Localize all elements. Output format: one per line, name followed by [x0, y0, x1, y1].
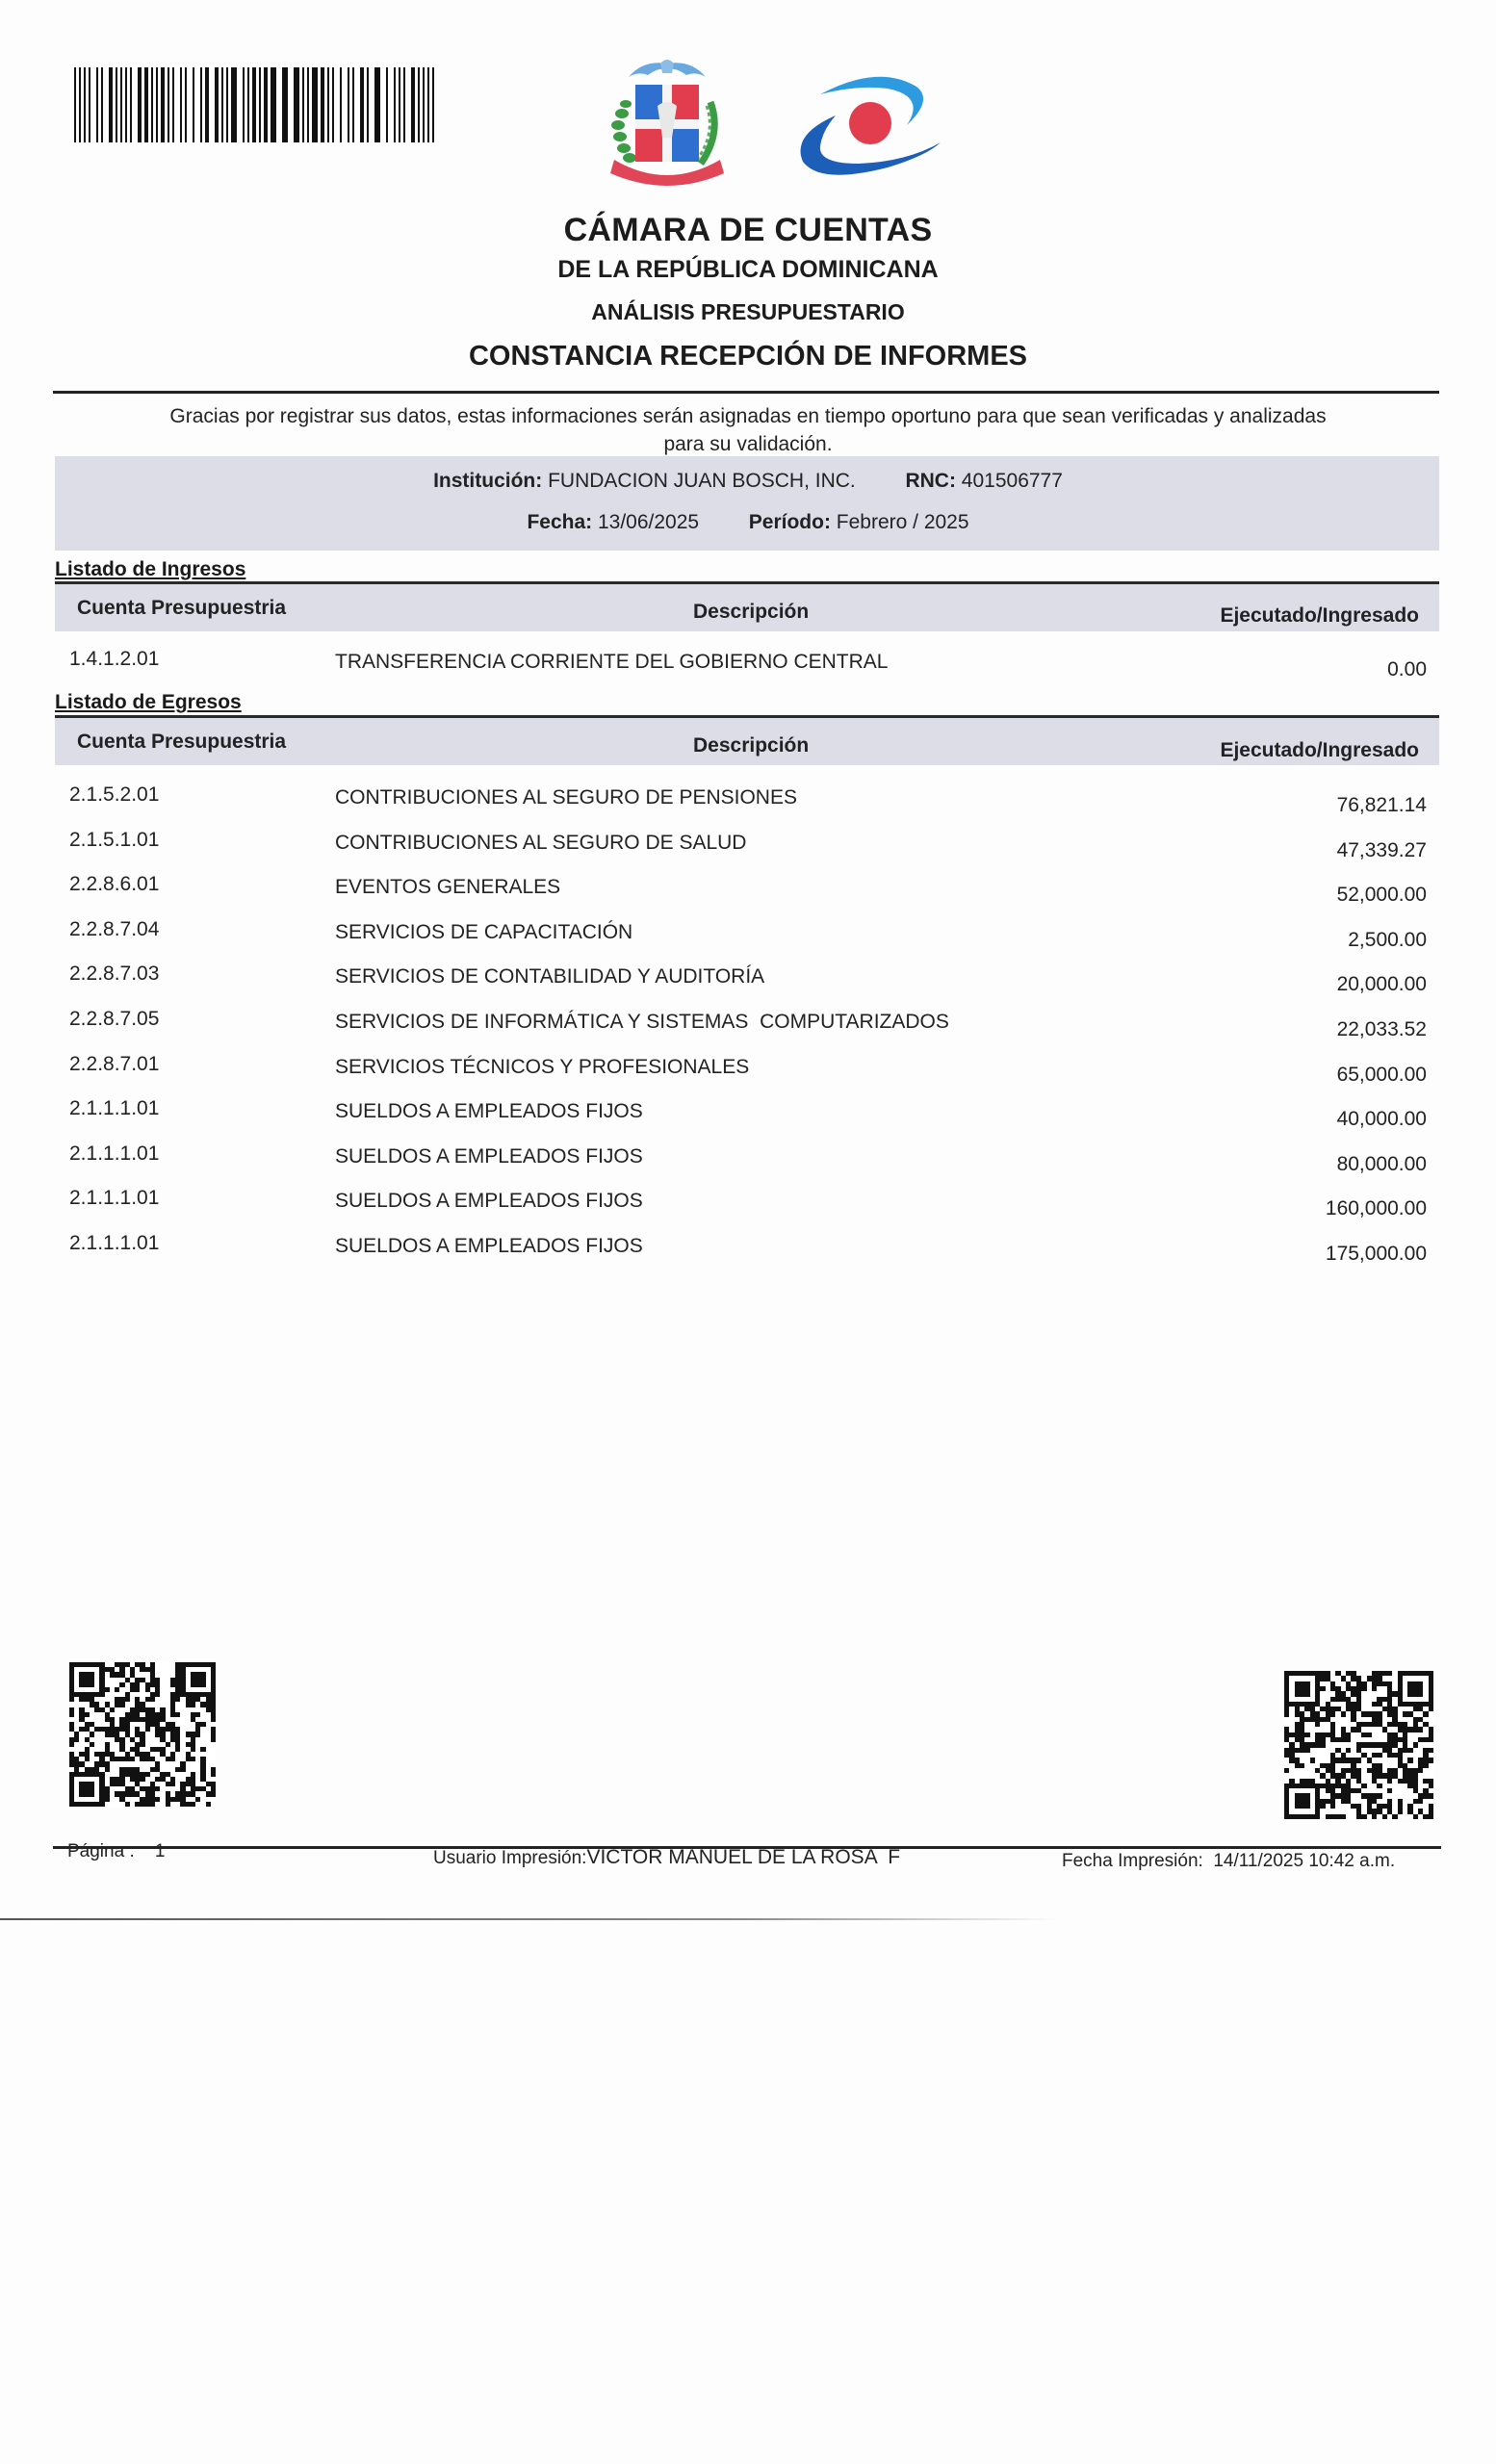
- account-description: SERVICIOS DE CONTABILIDAD Y AUDITORÍA: [335, 965, 764, 988]
- account-code: 1.4.1.2.01: [69, 648, 159, 671]
- header-divider: [53, 391, 1439, 394]
- executed-amount: 40,000.00: [1337, 1108, 1427, 1131]
- executed-amount: 20,000.00: [1337, 973, 1427, 996]
- department-title: ANÁLISIS PRESUPUESTARIO: [0, 299, 1496, 325]
- account-description: TRANSFERENCIA CORRIENTE DEL GOBIERNO CEN…: [335, 651, 888, 674]
- rnc-label: RNC:: [905, 470, 956, 492]
- institution-value: FUNDACION JUAN BOSCH, INC.: [548, 470, 856, 492]
- account-code: 2.1.1.1.01: [69, 1097, 159, 1120]
- page-number: Página : 1: [67, 1841, 165, 1862]
- page-edge-line: [0, 1918, 1059, 1920]
- dominican-coat-of-arms-icon: [605, 56, 730, 191]
- account-description: SUELDOS A EMPLEADOS FIJOS: [335, 1235, 643, 1258]
- account-code: 2.2.8.7.04: [69, 918, 159, 941]
- print-user: Usuario Impresión:VICTOR MANUEL DE LA RO…: [433, 1846, 900, 1869]
- document-title: CONSTANCIA RECEPCIÓN DE INFORMES: [0, 341, 1496, 372]
- executed-amount: 160,000.00: [1326, 1197, 1427, 1220]
- executed-amount: 52,000.00: [1337, 884, 1427, 907]
- account-description: SERVICIOS TÉCNICOS Y PROFESIONALES: [335, 1056, 749, 1079]
- print-date-value: 14/11/2025 10:42 a.m.: [1213, 1851, 1395, 1871]
- ingresos-header-account: Cuenta Presupuestria: [77, 597, 286, 620]
- date-period-line: Fecha: 13/06/2025 Período: Febrero / 202…: [0, 511, 1496, 534]
- ingresos-header-amount: Ejecutado/Ingresado: [1220, 604, 1419, 628]
- date-value: 13/06/2025: [598, 511, 699, 533]
- account-code: 2.1.1.1.01: [69, 1232, 159, 1255]
- account-code: 2.1.5.2.01: [69, 783, 159, 807]
- print-user-label: Usuario Impresión:: [433, 1848, 586, 1868]
- ingresos-header-description: Descripción: [693, 601, 809, 624]
- institution-line: Institución: FUNDACION JUAN BOSCH, INC. …: [0, 470, 1496, 493]
- barcode-icon: [74, 67, 448, 142]
- account-description: SUELDOS A EMPLEADOS FIJOS: [335, 1100, 643, 1123]
- executed-amount: 175,000.00: [1326, 1243, 1427, 1266]
- organization-title: CÁMARA DE CUENTAS: [0, 212, 1496, 249]
- print-date: Fecha Impresión: 14/11/2025 10:42 a.m.: [1062, 1851, 1395, 1872]
- executed-amount: 0.00: [1387, 658, 1427, 681]
- ingresos-section-title: Listado de Ingresos: [55, 558, 245, 581]
- account-description: SUELDOS A EMPLEADOS FIJOS: [335, 1190, 643, 1213]
- account-code: 2.1.1.1.01: [69, 1142, 159, 1166]
- account-code: 2.1.1.1.01: [69, 1187, 159, 1210]
- account-description: CONTRIBUCIONES AL SEGURO DE SALUD: [335, 832, 746, 855]
- rnc-value: 401506777: [962, 470, 1063, 492]
- account-description: EVENTOS GENERALES: [335, 876, 560, 899]
- institution-label: Institución:: [433, 470, 542, 492]
- qr-code-right-icon: [1284, 1671, 1433, 1819]
- executed-amount: 22,033.52: [1337, 1018, 1427, 1041]
- egresos-header-amount: Ejecutado/Ingresado: [1220, 739, 1419, 762]
- qr-code-left-icon: [69, 1662, 216, 1807]
- egresos-header-description: Descripción: [693, 734, 809, 757]
- print-user-value: VICTOR MANUEL DE LA ROSA F: [586, 1846, 900, 1868]
- account-description: CONTRIBUCIONES AL SEGURO DE PENSIONES: [335, 786, 797, 809]
- camara-de-cuentas-logo-icon: [782, 67, 945, 188]
- egresos-header-account: Cuenta Presupuestria: [77, 731, 286, 754]
- print-date-label: Fecha Impresión:: [1062, 1851, 1203, 1871]
- executed-amount: 80,000.00: [1337, 1153, 1427, 1176]
- intro-text-line-1: Gracias por registrar sus datos, estas i…: [0, 405, 1496, 428]
- executed-amount: 76,821.14: [1337, 794, 1427, 817]
- executed-amount: 47,339.27: [1337, 839, 1427, 862]
- account-code: 2.2.8.6.01: [69, 873, 159, 896]
- organization-subtitle: DE LA REPÚBLICA DOMINICANA: [0, 256, 1496, 284]
- account-code: 2.2.8.7.01: [69, 1053, 159, 1076]
- period-label: Período:: [749, 511, 831, 533]
- account-code: 2.2.8.7.03: [69, 962, 159, 986]
- account-description: SERVICIOS DE INFORMÁTICA Y SISTEMAS COMP…: [335, 1011, 949, 1034]
- account-code: 2.1.5.1.01: [69, 829, 159, 852]
- executed-amount: 65,000.00: [1337, 1064, 1427, 1087]
- account-description: SUELDOS A EMPLEADOS FIJOS: [335, 1145, 643, 1168]
- account-description: SERVICIOS DE CAPACITACIÓN: [335, 921, 632, 944]
- period-value: Febrero / 2025: [837, 511, 969, 533]
- executed-amount: 2,500.00: [1348, 929, 1427, 952]
- intro-text-line-2: para su validación.: [0, 433, 1496, 456]
- page-label: Página :: [67, 1841, 135, 1861]
- egresos-section-title: Listado de Egresos: [55, 691, 242, 714]
- date-label: Fecha:: [527, 511, 592, 533]
- account-code: 2.2.8.7.05: [69, 1008, 159, 1031]
- page-value: 1: [155, 1841, 166, 1861]
